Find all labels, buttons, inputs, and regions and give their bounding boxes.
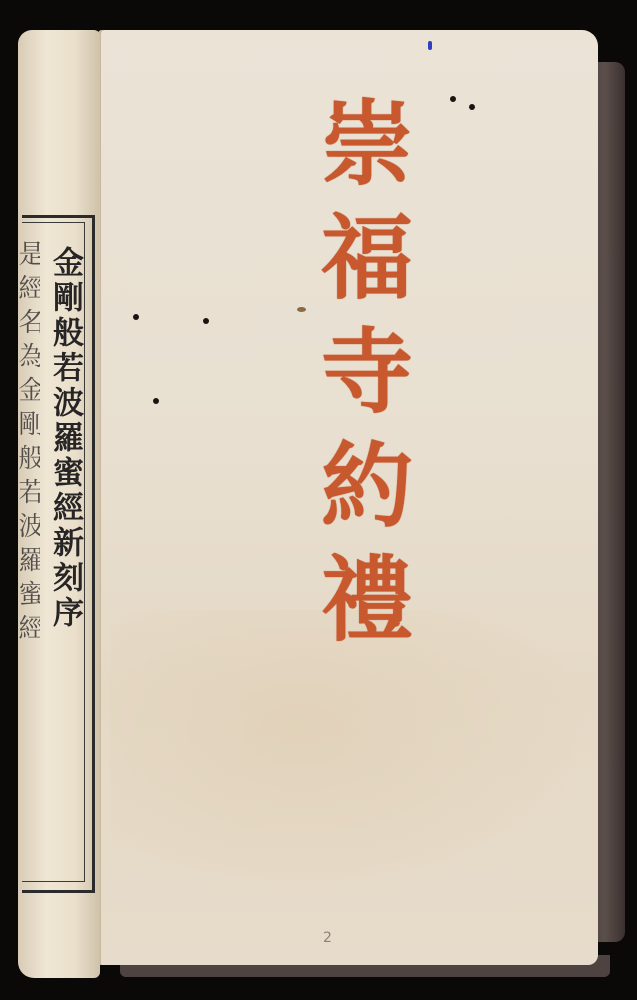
cover-title: 崇福寺約禮	[310, 95, 420, 665]
worm-hole	[203, 318, 209, 324]
worm-hole	[469, 104, 475, 110]
worm-hole	[450, 96, 456, 102]
spine-title: 金剛般若波羅蜜經新刻序	[48, 246, 82, 631]
worm-hole	[133, 314, 139, 320]
blue-ink-mark	[428, 41, 432, 50]
page-number: 2	[323, 930, 332, 946]
spine-subtitle: 是經名為金剛般若波羅蜜經	[18, 240, 40, 890]
worm-hole	[153, 398, 159, 404]
